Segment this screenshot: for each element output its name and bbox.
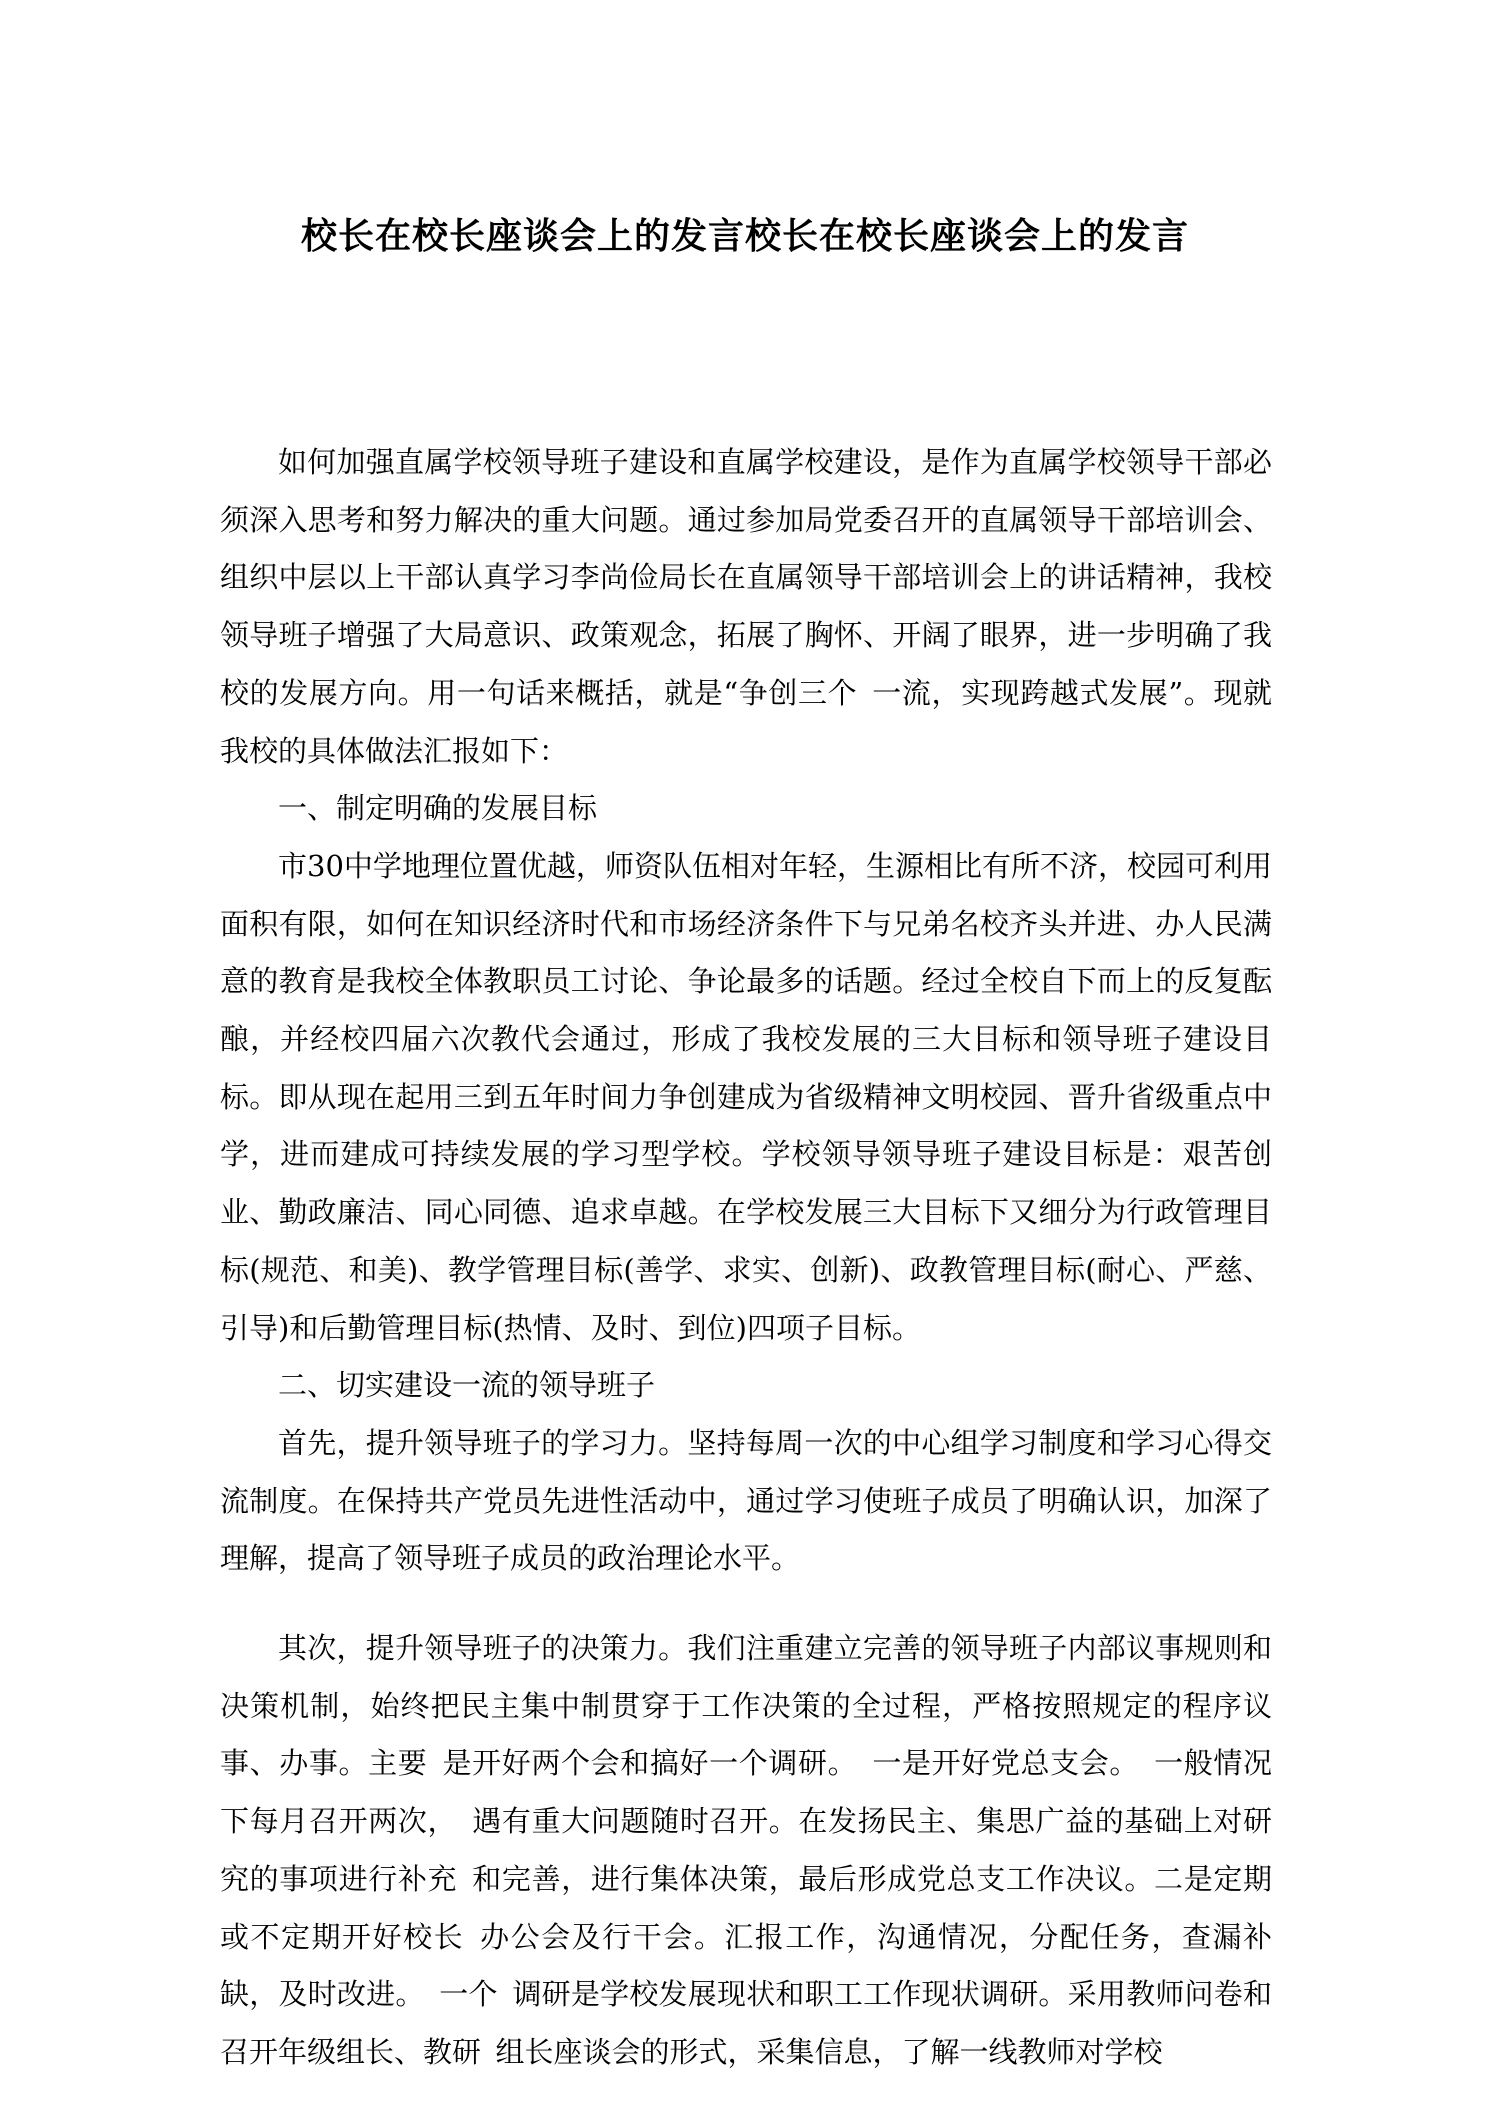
paragraph: 市30中学地理位置优越，师资队伍相对年轻，生源相比有所不济，校园可利用面积有限，… bbox=[220, 838, 1272, 1357]
paragraph: 如何加强直属学校领导班子建设和直属学校建设，是作为直属学校领导干部必须深入思考和… bbox=[220, 434, 1272, 780]
paragraph: 其次，提升领导班子的决策力。我们注重建立完善的领导班子内部议事规则和决策机制，始… bbox=[220, 1620, 1272, 2082]
document-body: 如何加强直属学校领导班子建设和直属学校建设，是作为直属学校领导干部必须深入思考和… bbox=[220, 434, 1272, 2082]
document-title: 校长在校长座谈会上的发言校长在校长座谈会上的发言 bbox=[0, 0, 1490, 256]
section-heading: 一、制定明确的发展目标 bbox=[220, 780, 1272, 838]
section-heading: 二、切实建设一流的领导班子 bbox=[220, 1357, 1272, 1415]
paragraph: 首先，提升领导班子的学习力。坚持每周一次的中心组学习制度和学习心得交流制度。在保… bbox=[220, 1415, 1272, 1588]
document-page: 校长在校长座谈会上的发言校长在校长座谈会上的发言 如何加强直属学校领导班子建设和… bbox=[0, 0, 1490, 2112]
